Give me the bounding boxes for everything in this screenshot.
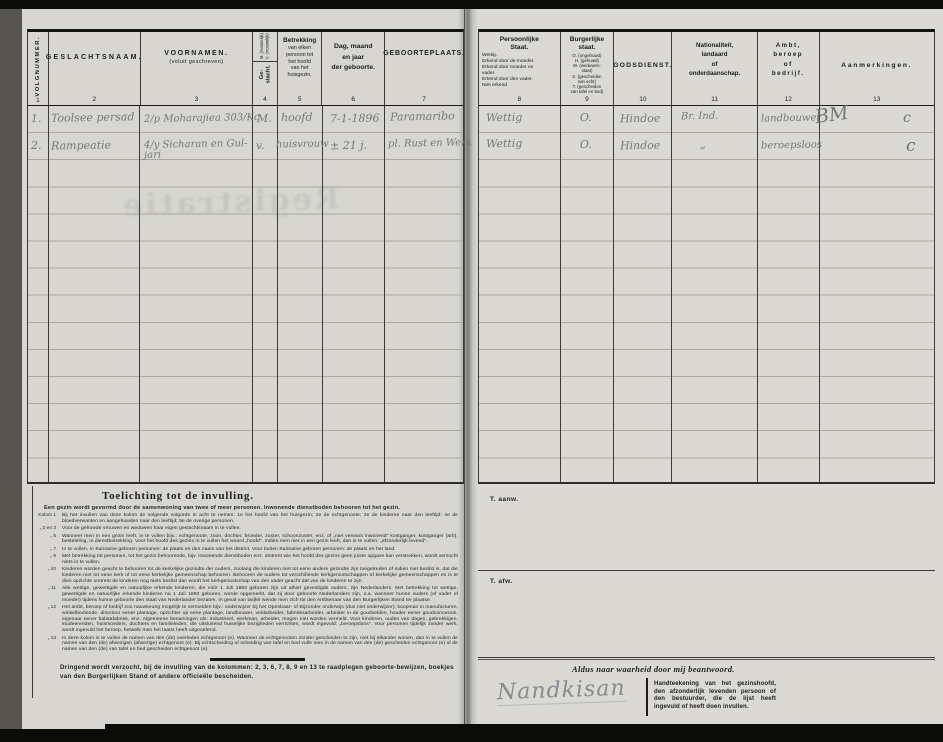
note-text: Kinderen worden geacht te behooren tot d… bbox=[62, 567, 458, 584]
entry-beroep-scribble: BM bbox=[814, 102, 850, 128]
header-geboorteplaats-label: GEBOORTEPLAATS. bbox=[383, 50, 464, 57]
header-burgerlijke-staat-sub: O. (ongehuwd) H. (gehuwd) W. (weduwen- s… bbox=[571, 53, 604, 95]
column-number-7: 7 bbox=[422, 96, 426, 105]
total-afwezig-label: T. afw. bbox=[490, 578, 513, 585]
register-table-left: VOLGNUMMER. 1 GESLACHTSNAAM. 2 VOORNAMEN… bbox=[27, 29, 464, 484]
header-geboorteplaats: GEBOORTEPLAATS. 7 bbox=[385, 32, 463, 105]
column-number-6: 6 bbox=[351, 96, 355, 105]
toelichting-footer: Dringend wordt verzocht, bij de invullin… bbox=[60, 663, 460, 682]
header-nationaliteit: Nationaliteit, landaard of onderdaanscha… bbox=[672, 32, 758, 105]
entry-volgnummer: 1. bbox=[31, 112, 42, 125]
header-persoonlijke-staat: Persoonlijke Staat. Wettig. Erkend door … bbox=[479, 32, 561, 105]
column-number-8: 8 bbox=[517, 96, 521, 105]
note-text: Het ambt, beroep of bedrijf zoo nauwkeur… bbox=[62, 605, 458, 634]
note-column-ref: „ 12 bbox=[30, 605, 62, 634]
header-geslacht-mv: M. (mannelijk) V. (vrouwelijk) bbox=[259, 33, 270, 59]
note-text: Met betrekking tot personen, tot het gez… bbox=[62, 554, 458, 566]
entry-beroep: landbouwer bbox=[761, 112, 821, 124]
entry-burgerlijke-staat: O. bbox=[580, 138, 592, 151]
note-row: „ 10Kinderen worden geacht te behooren t… bbox=[30, 567, 462, 584]
column-number-13: 13 bbox=[873, 96, 880, 105]
header-geslacht: M. (mannelijk) V. (vrouwelijk) Ge- slach… bbox=[253, 32, 278, 105]
note-column-ref: „ 13 bbox=[30, 636, 62, 653]
entry-geboortedatum: ± 21 j. bbox=[330, 139, 367, 153]
table-body-right bbox=[479, 106, 934, 482]
column-number-5: 5 bbox=[298, 96, 302, 105]
header-aanmerkingen-label: Aanmerkingen. bbox=[841, 62, 912, 69]
header-godsdienst-label: GODSDIENST. bbox=[613, 62, 672, 69]
header-volgnummer: VOLGNUMMER. 1 bbox=[28, 32, 49, 105]
header-betrekking: Betrekking van elken persoon tot het hoo… bbox=[278, 32, 323, 105]
header-voornamen-label: VOORNAMEN. bbox=[164, 50, 228, 57]
header-betrekking-sub: van elken persoon tot het hoofd van het … bbox=[286, 45, 313, 79]
toelichting-heading: Toelichting tot de invulling. bbox=[102, 490, 462, 502]
header-voornamen-sub: (voluit geschreven) bbox=[169, 59, 223, 65]
entry-betrekking: hoofd bbox=[281, 111, 313, 125]
header-nationaliteit-label: Nationaliteit, landaard of onderdaanscha… bbox=[689, 41, 740, 78]
column-number-2: 2 bbox=[93, 96, 97, 105]
note-column-ref: „ 11 bbox=[30, 586, 62, 603]
entry-geboortedatum: 7-1-1896 bbox=[330, 112, 380, 126]
entry-geboorteplaats: Paramaribo bbox=[390, 109, 455, 123]
truth-statement: Aldus naar waarheid door mij beantwoord. bbox=[572, 664, 735, 674]
entry-nationaliteit: Br. Ind. bbox=[681, 111, 719, 123]
entry-burgerlijke-staat: O. bbox=[580, 111, 592, 124]
column-number-11: 11 bbox=[711, 96, 718, 105]
note-row: „ 2 en 3Voor de gehuwde vrouwen en weduw… bbox=[30, 526, 462, 532]
toelichting-notes: Kolom 1Bij het invullen van deze kolom d… bbox=[30, 513, 462, 653]
column-number-4: 4 bbox=[263, 96, 267, 105]
note-row: Kolom 1Bij het invullen van deze kolom d… bbox=[30, 513, 462, 525]
signature-handwriting: Nandkisan bbox=[497, 676, 626, 706]
header-persoonlijke-staat-label: Persoonlijke Staat. bbox=[500, 36, 539, 52]
entry-persoonlijke-staat: Wettig bbox=[486, 111, 523, 125]
table-header-left: VOLGNUMMER. 1 GESLACHTSNAAM. 2 VOORNAMEN… bbox=[28, 32, 463, 106]
scan-bottom-bar bbox=[0, 729, 943, 742]
toelichting-intro: Een gezin wordt gevormd door de samenwon… bbox=[44, 505, 456, 511]
header-ambt-label: Ambt, beroep of bedrijf. bbox=[772, 41, 805, 78]
entry-geslacht: v. bbox=[256, 139, 265, 152]
note-row: „ 5Wanneer men in een gezin leeft, in te… bbox=[30, 534, 462, 546]
note-text: Wanneer men in een gezin leeft, in te vu… bbox=[62, 534, 458, 546]
header-voornamen: VOORNAMEN. (voluit geschreven) 3 bbox=[141, 32, 253, 105]
entry-voornamen: 4/y Sicharan en Gul-jari bbox=[144, 139, 250, 160]
note-column-ref: „ 10 bbox=[30, 567, 62, 584]
note-text: Alle wettige, gewettigde en natuurlijke … bbox=[62, 586, 458, 603]
scan-top-bar bbox=[0, 0, 943, 9]
header-geboortedatum-label: Dag, maand en jaar der geboorte. bbox=[332, 42, 375, 74]
table-header-right: Persoonlijke Staat. Wettig. Erkend door … bbox=[479, 32, 934, 106]
note-text: Bij het invullen van deze kolom de volge… bbox=[62, 513, 458, 525]
entry-geslachtsnaam: Toolsee persad bbox=[51, 110, 135, 124]
entry-godsdienst: Hindoe bbox=[620, 139, 661, 153]
header-volgnummer-label: VOLGNUMMER. bbox=[35, 36, 41, 97]
header-geslachtsnaam-label: GESLACHTSNAAM. bbox=[46, 54, 143, 61]
note-row: „ 9Met betrekking tot personen, tot het … bbox=[30, 554, 462, 566]
register-table-right: Persoonlijke Staat. Wettig. Erkend door … bbox=[478, 29, 935, 484]
total-aanwezig-label: T. aanw. bbox=[490, 496, 519, 503]
note-text: In deze kolom in te vullen de namen van … bbox=[62, 636, 458, 653]
header-geslachtsnaam: GESLACHTSNAAM. 2 bbox=[49, 32, 141, 105]
totals-divider-1 bbox=[478, 570, 935, 571]
note-column-ref: „ 9 bbox=[30, 554, 62, 566]
entry-aanmerking-mark: c bbox=[903, 110, 911, 126]
column-number-12: 12 bbox=[785, 96, 792, 105]
page-fold-line bbox=[464, 9, 465, 729]
entry-betrekking: huisvrouw bbox=[276, 139, 329, 151]
column-number-9: 9 bbox=[585, 96, 589, 105]
note-column-ref: „ 5 bbox=[30, 534, 62, 546]
note-column-ref: Kolom 1 bbox=[30, 513, 62, 525]
entry-nationaliteit-ditto: „ bbox=[700, 138, 706, 151]
entry-volgnummer: 2. bbox=[31, 139, 42, 152]
toelichting-divider bbox=[210, 658, 305, 661]
entry-geslachtsnaam: Rampeatie bbox=[51, 138, 111, 152]
totals-divider-2 bbox=[478, 657, 935, 660]
column-number-1: 1 bbox=[36, 97, 40, 106]
entry-voornamen: 2/p Moharajiea 303/Kc bbox=[144, 112, 260, 125]
header-ambt: Ambt, beroep of bedrijf. 12 bbox=[758, 32, 820, 105]
column-number-10: 10 bbox=[639, 96, 646, 105]
note-row: „ 13In deze kolom in te vullen de namen … bbox=[30, 636, 462, 653]
entry-geboorteplaats: pl. Rust en Werk bbox=[388, 137, 472, 149]
header-geslacht-label: Ge- slacht. bbox=[259, 65, 272, 83]
header-burgerlijke-staat-label: Burgerlijke staat. bbox=[570, 36, 604, 52]
note-column-ref: „ 7 bbox=[30, 547, 62, 553]
note-text: Voor de gehuwde vrouwen en weduwen haar … bbox=[62, 526, 458, 532]
entry-beroep: beroepsloos bbox=[761, 139, 822, 151]
note-column-ref: „ 2 en 3 bbox=[30, 526, 62, 532]
header-aanmerkingen: Aanmerkingen. 13 bbox=[820, 32, 934, 105]
toelichting-section: Toelichting tot de invulling. Een gezin … bbox=[30, 490, 462, 682]
signature-note: Handteekening van het gezinshoofd, den a… bbox=[654, 680, 776, 710]
table-body-left bbox=[28, 106, 463, 482]
signature-note-bar bbox=[646, 678, 648, 716]
note-row: „ 7In te vullen, in Suriname geboren per… bbox=[30, 547, 462, 553]
entry-aanmerking-mark: c bbox=[906, 136, 916, 156]
header-godsdienst: GODSDIENST. 10 bbox=[614, 32, 672, 105]
header-persoonlijke-staat-sub: Wettig. Erkend door de moeder. Erkend do… bbox=[479, 53, 534, 89]
entry-godsdienst: Hindoe bbox=[620, 112, 661, 126]
header-betrekking-label: Betrekking bbox=[283, 37, 316, 44]
note-row: „ 12Het ambt, beroep of bedrijf zoo nauw… bbox=[30, 605, 462, 634]
header-geboortedatum: Dag, maand en jaar der geboorte. 6 bbox=[322, 32, 385, 105]
column-number-3: 3 bbox=[195, 96, 199, 105]
note-row: „ 11Alle wettige, gewettigde en natuurli… bbox=[30, 586, 462, 603]
entry-persoonlijke-staat: Wettig bbox=[486, 137, 523, 151]
scan-left-edge bbox=[0, 0, 22, 742]
entry-geslacht: M. bbox=[257, 112, 272, 125]
header-burgerlijke-staat: Burgerlijke staat. O. (ongehuwd) H. (geh… bbox=[561, 32, 615, 105]
note-text: In te vullen, in Suriname geboren person… bbox=[62, 547, 458, 553]
